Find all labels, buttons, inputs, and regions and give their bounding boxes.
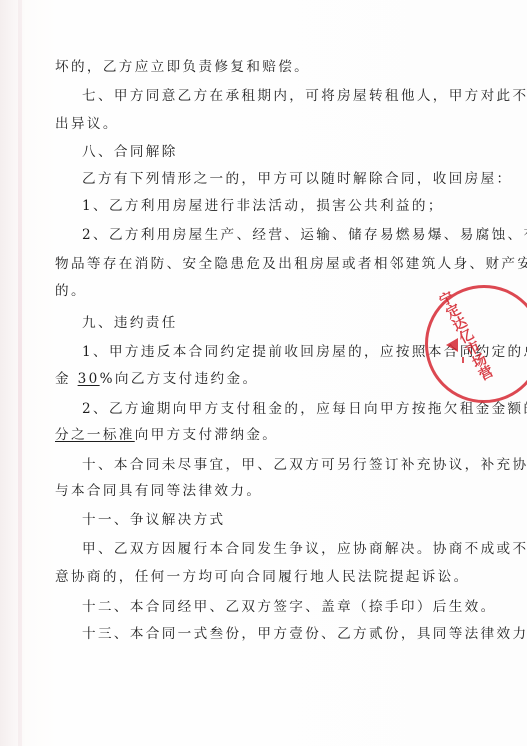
text-line: 物品等存在消防、安全隐患危及出租房屋或者相邻建筑人身、财产安全 [55,255,455,273]
underlined-value: 30 [78,371,100,387]
list-item: 1、甲方违反本合同约定提前收回房屋的，应按照本合同约定的总租 [82,343,482,361]
text-line: 甲、乙双方因履行本合同发生争议，应协商解决。协商不成或不愿 [82,540,482,558]
text-line: 与本合同具有同等法律效力。 [55,482,455,500]
clause-12-line: 十二、本合同经甲、乙双方签字、盖章（捺手印）后生效。 [82,598,482,616]
text-line: 坏的，乙方应立即负责修复和赔偿。 [55,58,455,76]
list-item: 2、乙方利用房屋生产、经营、运输、储存易燃易爆、易腐蚀、有毒 [82,226,482,244]
text-line: 的。 [55,282,455,300]
text-line: 出异议。 [55,115,455,133]
seal-mark [462,357,464,363]
section-heading-dispute: 十一、争议解决方式 [82,511,482,529]
list-item: 2、乙方逾期向甲方支付租金的，应每日向甲方按拖欠租金金额的万 [82,400,482,418]
clause-7-line: 七、甲方同意乙方在承租期内，可将房屋转租他人，甲方对此不提 [82,87,482,105]
clause-10-line: 十、本合同未尽事宜，甲、乙双方可另行签订补充协议，补充协议 [82,456,482,474]
text-fragment: %向乙方支付违约金。 [100,371,259,387]
text-line: 乙方有下列情形之一的，甲方可以随时解除合同，收回房屋： [82,170,482,188]
underlined-value: 分之一标准 [55,427,135,443]
text-fragment: 向甲方支付滞纳金。 [135,427,279,443]
list-item: 1、乙方利用房屋进行非法活动，损害公共利益的； [82,197,482,215]
text-fragment: 2、乙方逾期向甲方支付租金的，应每日向甲方按拖欠租金金额的 [82,401,527,417]
clause-13-line: 十三、本合同一式叁份，甲方壹份、乙方贰份，具同等法律效力。 [82,625,482,643]
section-heading-termination: 八、合同解除 [82,143,482,161]
text-line: 意协商的，任何一方均可向合同履行地人民法院提起诉讼。 [55,568,455,586]
seal-star-icon [446,338,458,352]
text-line: 金 30%向乙方支付违约金。 [55,370,455,388]
text-fragment: 金 [55,371,78,387]
document-body: 坏的，乙方应立即负责修复和赔偿。 七、甲方同意乙方在承租期内，可将房屋转租他人，… [0,0,527,746]
text-line: 分之一标准向甲方支付滞纳金。 [55,426,455,444]
section-heading-liability: 九、违约责任 [82,314,482,332]
